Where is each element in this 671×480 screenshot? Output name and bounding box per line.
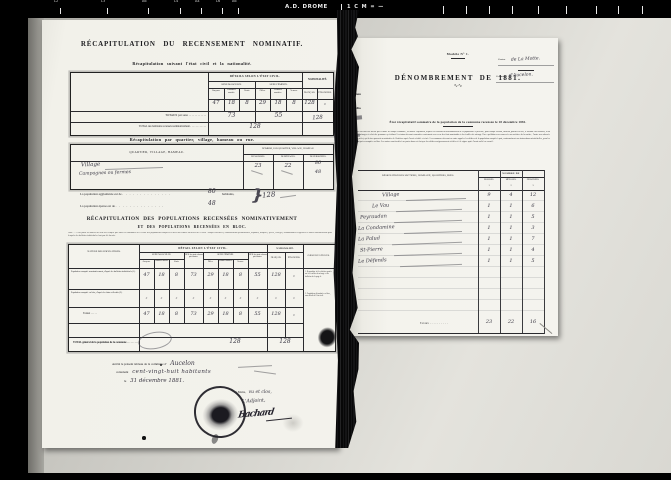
print-text: Arrêté le présent tableau de la commune … — [112, 362, 166, 366]
ruler-tick — [642, 6, 643, 14]
cell-value: » — [218, 296, 233, 300]
population-total-value: 128 — [262, 190, 276, 199]
ruler-label: A6 — [142, 0, 147, 3]
cell-value: 1 — [478, 236, 500, 242]
cell-value: 47 — [139, 272, 154, 278]
cell-value: 4 — [500, 192, 522, 198]
cell-value: 18 — [154, 311, 169, 317]
column-header: Femmes mariées. — [270, 89, 286, 94]
column-header: Veuves. — [286, 90, 302, 93]
cell-value: 55 — [248, 311, 267, 317]
cell-value: 128 — [267, 311, 285, 317]
cell-value: 7 — [522, 236, 544, 242]
column-header: Garçons. — [208, 90, 224, 93]
cell-value: 1 — [478, 203, 500, 209]
cell-value: 128 — [267, 272, 285, 278]
ruler-label: L6 — [216, 0, 220, 3]
cell-value: 8 — [286, 100, 302, 106]
cell-value: 18 — [218, 272, 233, 278]
population-eparse-value: 48 — [208, 200, 216, 207]
ruler-tick — [148, 8, 149, 14]
dotted-leader: . . . . . . . . . . . . . . — [122, 192, 171, 196]
row-label: Population comptée en bloc, d'après les … — [71, 292, 137, 295]
ruler-label: L4 — [174, 0, 178, 3]
cell-value: 8 — [233, 311, 248, 317]
row-label: TOTAL des habitants recensés nominativem… — [73, 125, 206, 128]
page-subtitle: Récapitulation suivant l'état civil et l… — [52, 61, 332, 66]
cell-value: » — [285, 296, 303, 300]
observation-note: 2. Population dénombrée en bloc, sans dé… — [305, 293, 333, 298]
film-header-bar: L2 L3 A6 L4 A4 L6 A6 A.D. DROME 1 C M = … — [0, 0, 671, 18]
cell-value: 12 — [522, 192, 544, 198]
cell-value: » — [154, 296, 169, 300]
hamlet-name: Village — [382, 192, 400, 199]
right-document-page: Département Arrondissement Modèle N° 1. … — [348, 38, 558, 336]
dotted-leader: . . . . . . . . . . . . . . — [116, 204, 165, 208]
paper-speck — [160, 364, 162, 366]
ruler-tick — [60, 8, 61, 14]
footer-total: 128 — [203, 338, 267, 345]
commune-name-hand: Aucelon — [170, 360, 195, 367]
scale-label: 1 C M = — — [347, 4, 384, 10]
ruler-tick — [489, 6, 490, 14]
column-group-header: OBSERVATIONS. — [303, 254, 335, 257]
column-header: QUARTIER, VILLAGE, HAMEAU. — [71, 150, 243, 154]
column-group-header: SEXE FÉMININ. — [203, 254, 248, 256]
column-header: ÉTRANGERS. — [317, 92, 333, 94]
paper-smudge — [278, 410, 308, 436]
column-header: NOMBRE, PAR QUARTIER, VILLAGE, HAMEAU. — [243, 147, 333, 150]
cell-value: 1 — [500, 203, 522, 209]
section-title: Récapitulation par quartier, village, ha… — [52, 137, 332, 142]
table-quartiers: QUARTIER, VILLAGE, HAMEAU. NOMBRE, PAR Q… — [70, 144, 334, 190]
cell-value: 1 — [500, 247, 522, 253]
cell-value: » — [184, 296, 203, 300]
nota-text: Nota. — Cette partie du tableau ne doit … — [68, 232, 332, 241]
population-words-hand: cent-vingt-huit habitants — [132, 369, 211, 375]
cell-value: 22 — [273, 163, 303, 169]
model-number: Modèle N° 1. — [408, 52, 508, 56]
ruler-tick — [596, 6, 597, 14]
cell-value: 5 — [522, 214, 544, 220]
ruler-label: A4 — [195, 0, 200, 3]
cell-value: » — [169, 296, 184, 300]
cell-value: 8 — [233, 272, 248, 278]
ruler-tick — [538, 6, 539, 14]
cell-value: 29 — [203, 272, 218, 278]
cell-value: 8 — [239, 100, 255, 106]
hamlet-name: St-Pierre — [360, 246, 383, 253]
cell-value: 29 — [255, 100, 270, 106]
film-footer-bar — [0, 473, 671, 480]
cell-value: 6 — [522, 203, 544, 209]
column-group-header: NATIONALITÉ. — [302, 78, 333, 81]
row-label: Population comptée nominativement, d'apr… — [71, 271, 137, 274]
ruler-label: L2 — [54, 0, 58, 3]
microfilm-scan-viewer: L2 L3 A6 L4 A4 L6 A6 A.D. DROME 1 C M = … — [0, 0, 671, 480]
population-agglomeree-line: La population agglomérée est de . . . . … — [80, 192, 171, 196]
column-group-header: NOMBRE DE — [478, 172, 544, 175]
column-header: Filles. — [203, 261, 218, 263]
column-header: Garçons. — [139, 261, 154, 263]
column-header: Veufs. — [169, 261, 184, 263]
ruler-label: L3 — [101, 0, 105, 3]
certification-line: Arrêté le présent tableau de la commune … — [112, 360, 195, 367]
instructions-text: Cet état doit être dressé par le maire d… — [356, 131, 550, 167]
paper-speck — [142, 436, 146, 440]
cell-value: 18 — [218, 311, 233, 317]
cell-value: 18 — [270, 100, 286, 106]
cell-value: 128 — [302, 100, 317, 106]
commune-label: Commune — [496, 75, 506, 78]
column-header: FRANÇAIS. — [302, 92, 317, 94]
column-group-header: NATIONALITÉ. — [267, 247, 303, 250]
certification-line: le 31 décembre 1881. — [124, 378, 184, 384]
column-header: ÉTRANGERS. — [285, 257, 303, 259]
cell-value: 128 — [302, 114, 333, 122]
column-header: DE MÉNAGES. — [273, 156, 303, 158]
section-subtitle: ET DES POPULATIONS RECENSÉES EN BLOC. — [48, 225, 336, 229]
print-text: le — [124, 379, 126, 383]
archive-label: A.D. DROME — [285, 4, 328, 10]
column-group-header: NATURE DES POPULATIONS. — [69, 250, 139, 253]
total-value: 22 — [500, 319, 522, 325]
cell-value: » — [285, 313, 303, 317]
column-number: 3 — [522, 185, 544, 187]
column-header: DÉSIGNATION DES SECTIONS, HAMEAUX, QUART… — [358, 174, 478, 177]
column-header: Veuves. — [233, 261, 248, 263]
hamlet-name: Le Vau — [372, 203, 390, 210]
cell-value: 47 — [208, 100, 224, 106]
table-sections: DÉSIGNATION DES SECTIONS, HAMEAUX, QUART… — [348, 170, 558, 334]
form-subtitle: État récapitulatif sommaire de la popula… — [360, 120, 556, 124]
cell-value: 1 — [478, 225, 500, 231]
column-number: 2 — [500, 185, 522, 187]
column-header: Veufs. — [239, 90, 255, 93]
cell-value: 18 — [224, 100, 239, 106]
cell-value: 9 — [478, 192, 500, 198]
print-text: contenant — [116, 370, 128, 374]
cell-value: 8 — [169, 272, 184, 278]
ruler-tick — [512, 6, 513, 14]
ruler-tick — [443, 6, 444, 14]
cell-value: » — [267, 296, 285, 300]
cell-value: 8 — [169, 311, 184, 317]
cell-value: 73 — [208, 112, 255, 119]
cell-value: 1 — [478, 258, 500, 264]
column-header: FRANÇAIS. — [267, 257, 285, 259]
column-header: Hommes mariés. — [154, 260, 169, 262]
ruler-tick — [180, 8, 181, 14]
hamlet-name: Campagnes ou fermes — [79, 170, 131, 177]
cell-value: 5 — [522, 258, 544, 264]
cell-value: 73 — [184, 272, 203, 278]
page-title: RÉCAPITULATION DU RECENSEMENT NOMINATIF. — [52, 40, 332, 48]
population-eparse-line: La population éparse est de . . . . . . … — [80, 204, 164, 208]
footer-total-nat: 128 — [267, 338, 303, 345]
cell-value: » — [233, 296, 248, 300]
ruler-tick — [201, 8, 202, 14]
cell-value: 23 — [243, 163, 273, 169]
cell-value: 55 — [255, 112, 302, 119]
column-header: DE MAISONS. — [243, 156, 273, 158]
ruler-tick — [618, 6, 619, 14]
ruler-label: A6 — [232, 0, 237, 3]
cell-value: 48 — [303, 169, 333, 175]
cell-value: 3 — [522, 225, 544, 231]
cell-value: 128 — [208, 123, 302, 130]
table-populations: NATURE DES POPULATIONS. DÉTAIL SELON L'É… — [68, 244, 336, 352]
column-header: Hommes mariés. — [224, 89, 239, 94]
hamlet-name: La Palud — [358, 235, 380, 242]
label: La population agglomérée est de — [80, 192, 122, 196]
column-header: TOTAL des trois colonnes précédentes. — [184, 254, 203, 258]
column-header: MAISONS. — [478, 179, 500, 181]
section-title: RÉCAPITULATION DES POPULATIONS RECENSÉES… — [48, 216, 336, 222]
column-group-header: SEXE FÉMININ. — [255, 83, 302, 86]
ruler-tick — [107, 8, 108, 14]
observation-note: 1. Reproduire ici les chiffres portés su… — [305, 271, 333, 278]
cell-value: 29 — [203, 311, 218, 317]
ruler-tick — [238, 8, 239, 14]
column-header: Femmes mariées. — [218, 260, 233, 262]
column-group-header: DÉTAIL SELON L'ÉTAT CIVIL. — [139, 247, 267, 250]
certification-line: contenant cent-vingt-huit habitants — [116, 369, 211, 375]
brace: ❵ — [250, 186, 263, 204]
column-number: 1 — [478, 185, 500, 187]
cell-value: » — [139, 296, 154, 300]
cell-value: 55 — [248, 272, 267, 278]
column-header: PERSONNES. — [522, 179, 544, 181]
cell-value: 1 — [500, 214, 522, 220]
adjoint-hand: L'Adjoint, — [242, 398, 266, 404]
row-label: Totaux . . . . . — [83, 312, 137, 315]
totals-label: Totaux . . . . . . . . . . — [420, 322, 448, 325]
cell-value: 47 — [139, 311, 154, 317]
left-document-page: RÉCAPITULATION DU RECENSEMENT NOMINATIF.… — [42, 20, 338, 448]
column-group-header: SEXE MASCULIN. — [139, 254, 184, 256]
cell-value: » — [317, 101, 333, 106]
column-header: DE PERSONNES. — [303, 156, 333, 158]
hand-text: vu et clos, — [249, 390, 272, 395]
cell-value: 18 — [154, 272, 169, 278]
row-label: TOTAUX par sexe . . . . . . . . . . . . — [79, 113, 206, 117]
cell-value: 1 — [500, 236, 522, 242]
column-group-header: SEXE MASCULIN. — [208, 83, 255, 86]
hamlet-name: Village — [81, 162, 100, 169]
label: La population éparse est de — [80, 204, 115, 208]
cell-value: 1 — [500, 225, 522, 231]
ruler-tick — [466, 6, 467, 14]
cell-value: » — [203, 296, 218, 300]
total-value: 23 — [478, 319, 500, 325]
column-header: Filles. — [255, 90, 270, 93]
population-agglomeree-value: 80 — [208, 188, 216, 195]
ruler-tick — [222, 8, 223, 14]
cell-value: 73 — [184, 311, 203, 317]
cell-value: 4 — [522, 247, 544, 253]
column-group-header: DÉTAILS SELON L'ÉTAT CIVIL. — [208, 75, 302, 78]
cell-value: 1 — [500, 258, 522, 264]
habitants-unit: habitants, — [222, 192, 234, 196]
date-hand: 31 décembre 1881. — [130, 378, 184, 384]
cell-value: 1 — [478, 214, 500, 220]
ruler-tick — [566, 6, 567, 14]
column-header: TOTAL des trois colonnes précédentes. — [248, 254, 267, 258]
cell-value: » — [248, 296, 267, 300]
title-flourish: ∿∿ — [444, 83, 472, 89]
cell-value: 1 — [478, 247, 500, 253]
canton-hand: de La Motte. — [511, 56, 540, 63]
table-etat-civil: DÉTAILS SELON L'ÉTAT CIVIL. NATIONALITÉ.… — [70, 72, 334, 136]
cell-value: » — [285, 274, 303, 278]
column-header: MÉNAGES. — [500, 179, 522, 181]
canton-label: Canton — [498, 58, 505, 61]
